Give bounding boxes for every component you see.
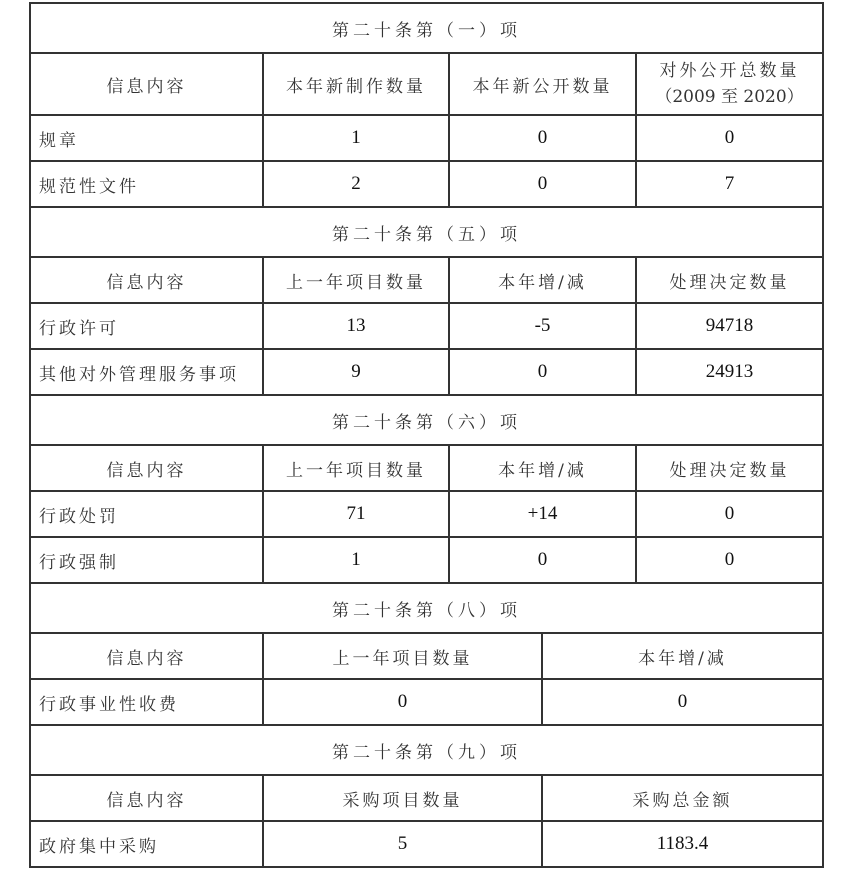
section-3-header-row: 信息内容 上一年项目数量 本年增/减 处理决定数量 (30, 445, 823, 491)
cell-value: 0 (449, 161, 636, 207)
column-header: 本年新制作数量 (263, 53, 449, 115)
column-header: 信息内容 (30, 257, 263, 303)
section-1-title-row: 第二十条第（一）项 (30, 3, 823, 53)
cell-value: 0 (636, 537, 823, 583)
cell-value: 2 (263, 161, 449, 207)
cell-value: 24913 (636, 349, 823, 395)
cell-value: 1 (263, 537, 449, 583)
cell-value: 0 (449, 115, 636, 161)
column-header: 上一年项目数量 (263, 257, 449, 303)
column-header: 处理决定数量 (636, 257, 823, 303)
table-row: 行政处罚 71 +14 0 (30, 491, 823, 537)
row-label: 行政事业性收费 (30, 679, 263, 725)
table-row: 行政强制 1 0 0 (30, 537, 823, 583)
section-title: 第二十条第（九）项 (30, 725, 823, 775)
cell-value: 94718 (636, 303, 823, 349)
section-title: 第二十条第（一）项 (30, 3, 823, 53)
cell-value: 1183.4 (542, 821, 823, 867)
section-title: 第二十条第（六）项 (30, 395, 823, 445)
column-header: 对外公开总数量 （2009 至 2020） (636, 53, 823, 115)
table-row: 行政许可 13 -5 94718 (30, 303, 823, 349)
cell-value: 0 (449, 349, 636, 395)
cell-value: 5 (263, 821, 542, 867)
column-header: 采购项目数量 (263, 775, 542, 821)
column-header: 本年增/减 (449, 257, 636, 303)
cell-value: 0 (636, 115, 823, 161)
column-header: 信息内容 (30, 775, 263, 821)
section-4-title-row: 第二十条第（八）项 (30, 583, 823, 633)
cell-value: 0 (449, 537, 636, 583)
row-label: 行政许可 (30, 303, 263, 349)
cell-value: +14 (449, 491, 636, 537)
table-row: 规章 1 0 0 (30, 115, 823, 161)
cell-value: 13 (263, 303, 449, 349)
column-header: 上一年项目数量 (263, 445, 449, 491)
cell-value: 1 (263, 115, 449, 161)
section-4-header-row: 信息内容 上一年项目数量 本年增/减 (30, 633, 823, 679)
cell-value: 9 (263, 349, 449, 395)
section-3-title-row: 第二十条第（六）项 (30, 395, 823, 445)
section-5-header-row: 信息内容 采购项目数量 采购总金额 (30, 775, 823, 821)
row-label: 规范性文件 (30, 161, 263, 207)
row-label: 行政强制 (30, 537, 263, 583)
column-header-line1: 对外公开总数量 (637, 58, 822, 84)
row-label: 行政处罚 (30, 491, 263, 537)
table-row: 其他对外管理服务事项 9 0 24913 (30, 349, 823, 395)
cell-value: 0 (542, 679, 823, 725)
column-header: 信息内容 (30, 633, 263, 679)
column-header: 本年增/减 (449, 445, 636, 491)
table-row: 规范性文件 2 0 7 (30, 161, 823, 207)
cell-value: 0 (263, 679, 542, 725)
column-header: 信息内容 (30, 53, 263, 115)
column-header: 处理决定数量 (636, 445, 823, 491)
column-header-line2: （2009 至 2020） (637, 84, 822, 110)
cell-value: -5 (449, 303, 636, 349)
row-label: 政府集中采购 (30, 821, 263, 867)
row-label: 其他对外管理服务事项 (30, 349, 263, 395)
section-5-title-row: 第二十条第（九）项 (30, 725, 823, 775)
table-row: 政府集中采购 5 1183.4 (30, 821, 823, 867)
column-header: 本年新公开数量 (449, 53, 636, 115)
cell-value: 7 (636, 161, 823, 207)
section-1-header-row: 信息内容 本年新制作数量 本年新公开数量 对外公开总数量 （2009 至 202… (30, 53, 823, 115)
column-header: 本年增/减 (542, 633, 823, 679)
row-label: 规章 (30, 115, 263, 161)
column-header: 上一年项目数量 (263, 633, 542, 679)
cell-value: 71 (263, 491, 449, 537)
disclosure-table: 第二十条第（一）项 信息内容 本年新制作数量 本年新公开数量 对外公开总数量 （… (29, 2, 824, 868)
table-row: 行政事业性收费 0 0 (30, 679, 823, 725)
cell-value: 0 (636, 491, 823, 537)
section-title: 第二十条第（五）项 (30, 207, 823, 257)
section-2-header-row: 信息内容 上一年项目数量 本年增/减 处理决定数量 (30, 257, 823, 303)
section-2-title-row: 第二十条第（五）项 (30, 207, 823, 257)
column-header: 采购总金额 (542, 775, 823, 821)
section-title: 第二十条第（八）项 (30, 583, 823, 633)
column-header: 信息内容 (30, 445, 263, 491)
